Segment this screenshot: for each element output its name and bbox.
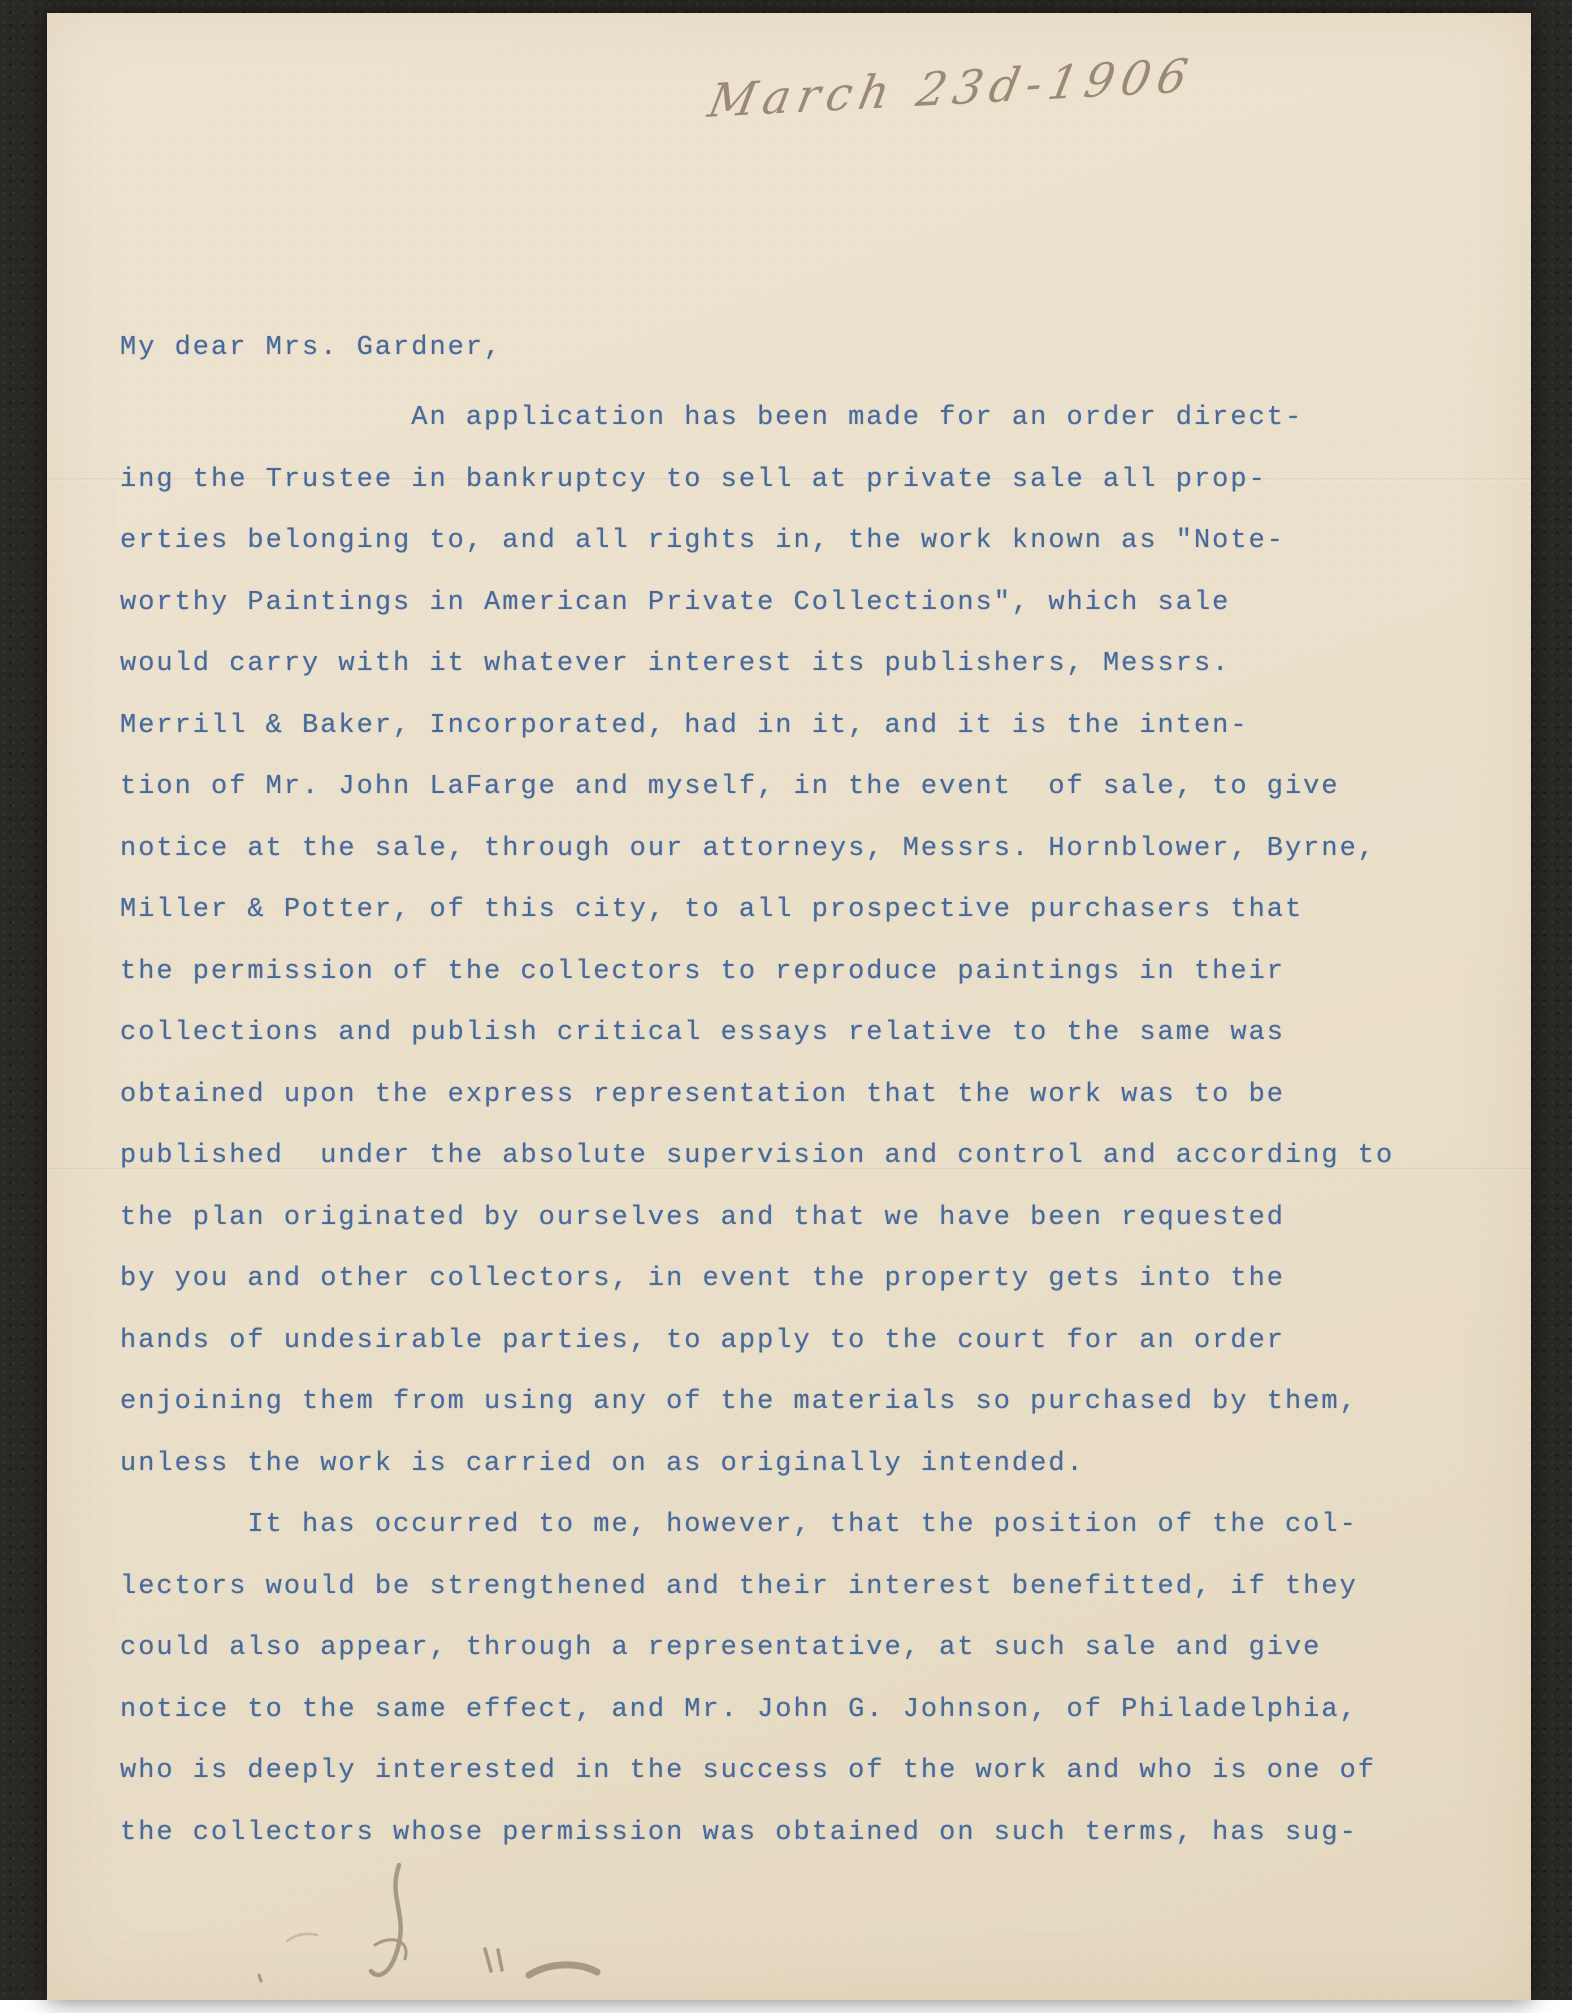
letter-line: notice to the same effect, and Mr. John … [120, 1695, 1520, 1757]
handwritten-date: March 23d-1906 [704, 48, 1199, 128]
letter-line: ing the Trustee in bankruptcy to sell at… [120, 465, 1520, 527]
letter-line: who is deeply interested in the success … [120, 1756, 1520, 1818]
letter-page: March 23d-1906 My dear Mrs. Gardner, An … [47, 13, 1531, 2000]
letter-body: An application has been made for an orde… [120, 403, 1520, 1879]
letter-line: lectors would be strengthened and their … [120, 1572, 1520, 1634]
letter-line: Merrill & Baker, Incorporated, had in it… [120, 711, 1520, 773]
letter-line: tion of Mr. John LaFarge and myself, in … [120, 772, 1520, 834]
letter-line: the permission of the collectors to repr… [120, 957, 1520, 1019]
letter-line: An application has been made for an orde… [120, 403, 1520, 465]
letter-line: unless the work is carried on as origina… [120, 1449, 1520, 1511]
letter-line: published under the absolute supervision… [120, 1141, 1520, 1203]
letter-line: It has occurred to me, however, that the… [120, 1510, 1520, 1572]
desk-background: March 23d-1906 My dear Mrs. Gardner, An … [0, 0, 1572, 2000]
letter-line: by you and other collectors, in event th… [120, 1264, 1520, 1326]
letter-line: the collectors whose permission was obta… [120, 1818, 1520, 1880]
letter-line: enjoining them from using any of the mat… [120, 1387, 1520, 1449]
letter-line: Miller & Potter, of this city, to all pr… [120, 895, 1520, 957]
salutation: My dear Mrs. Gardner, [120, 333, 502, 363]
letter-line: notice at the sale, through our attorney… [120, 834, 1520, 896]
letter-line: the plan originated by ourselves and tha… [120, 1203, 1520, 1265]
letter-line: erties belonging to, and all rights in, … [120, 526, 1520, 588]
letter-line: worthy Paintings in American Private Col… [120, 588, 1520, 650]
letter-line: hands of undesirable parties, to apply t… [120, 1326, 1520, 1388]
letter-line: collections and publish critical essays … [120, 1018, 1520, 1080]
letter-line: would carry with it whatever interest it… [120, 649, 1520, 711]
letter-line: obtained upon the express representation… [120, 1080, 1520, 1142]
letter-line: could also appear, through a representat… [120, 1633, 1520, 1695]
